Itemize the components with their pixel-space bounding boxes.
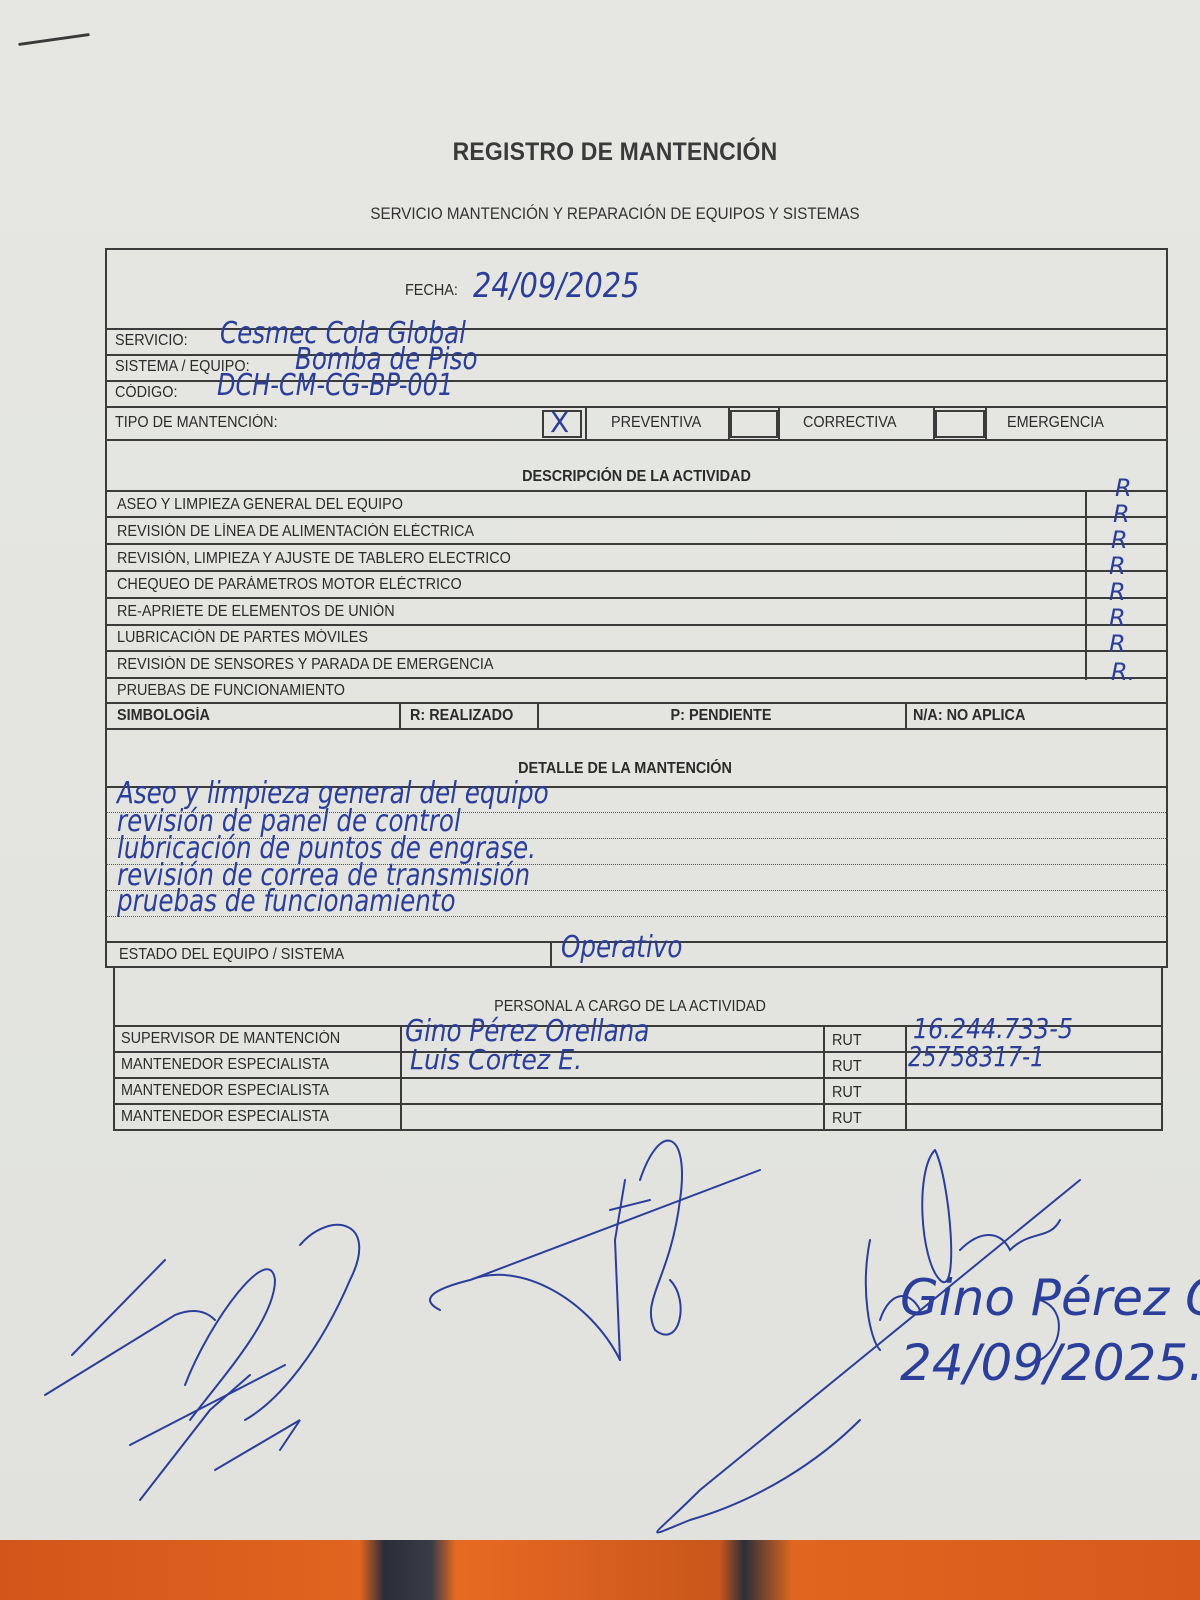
actividad-heading: DESCRIPCIÓN DE LA ACTIVIDAD — [142, 468, 1131, 486]
emergencia-checkbox[interactable] — [935, 410, 985, 438]
document-subtitle: SERVICIO MANTENCIÓN Y REPARACIÓN DE EQUI… — [49, 205, 1181, 224]
status-mark[interactable]: R — [1109, 630, 1126, 658]
actividad-item: REVISIÓN DE LÍNEA DE ALIMENTACIÓN ELÉCTR… — [117, 523, 474, 541]
servicio-label: SERVICIO: — [115, 332, 188, 350]
rut-label: RUT — [832, 1084, 862, 1102]
actividad-item: PRUEBAS DE FUNCIONAMIENTO — [117, 682, 345, 700]
signature-left-icon — [45, 1225, 359, 1500]
actividad-item: ASEO Y LIMPIEZA GENERAL DEL EQUIPO — [117, 496, 403, 514]
signature-name-text: Gino Pérez C. — [900, 1269, 1200, 1327]
fecha-label: FECHA: — [405, 282, 458, 300]
preventiva-checkbox[interactable]: X — [542, 410, 582, 438]
status-mark[interactable]: R — [1115, 474, 1132, 502]
preventiva-label: PREVENTIVA — [611, 414, 701, 432]
status-mark[interactable]: R — [1109, 604, 1126, 632]
actividad-item: CHEQUEO DE PARÁMETROS MOTOR ELÉCTRICO — [117, 576, 462, 594]
status-mark[interactable]: R. — [1111, 658, 1135, 686]
status-mark[interactable]: R — [1109, 552, 1126, 580]
personal-role: MANTENEDOR ESPECIALISTA — [121, 1082, 329, 1100]
correctiva-label: CORRECTIVA — [803, 414, 896, 432]
rut-label: RUT — [832, 1058, 862, 1076]
personal-role: SUPERVISOR DE MANTENCIÓN — [121, 1030, 340, 1048]
emergencia-label: EMERGENCIA — [1007, 414, 1104, 432]
actividad-item: REVISIÓN, LIMPIEZA Y AJUSTE DE TABLERO E… — [117, 550, 511, 568]
simbologia-label: SIMBOLOGÍA — [117, 707, 210, 725]
signatures-area: Gino Pérez C. 24/09/2025. — [0, 1120, 1200, 1540]
orange-vest-background — [0, 1540, 1200, 1600]
codigo-label: CÓDIGO: — [115, 384, 177, 402]
rut-label: RUT — [832, 1032, 862, 1050]
estado-label: ESTADO DEL EQUIPO / SISTEMA — [119, 946, 344, 964]
document-title: REGISTRO DE MANTENCIÓN — [49, 138, 1181, 167]
actividad-item: REVISIÓN DE SENSORES Y PARADA DE EMERGEN… — [117, 656, 494, 674]
status-mark[interactable]: R — [1109, 578, 1126, 606]
status-mark[interactable]: R — [1113, 500, 1130, 528]
actividad-item: RE-APRIETE DE ELEMENTOS DE UNIÓN — [117, 603, 395, 621]
detalle-line[interactable]: pruebas de funcionamiento — [117, 884, 455, 919]
fecha-value[interactable]: 24/09/2025 — [473, 266, 640, 306]
codigo-value[interactable]: DCH-CM-CG-BP-001 — [217, 368, 453, 403]
rut-value[interactable]: 25758317-1 — [908, 1040, 1044, 1073]
personal-role: MANTENEDOR ESPECIALISTA — [121, 1056, 329, 1074]
check-x-mark: X — [550, 406, 569, 439]
tipo-mantencion-label: TIPO DE MANTENCIÓN: — [115, 414, 278, 432]
maintenance-form: FECHA: 24/09/2025 SERVICIO: Cesmec Cola … — [105, 248, 1168, 1153]
correctiva-checkbox[interactable] — [730, 410, 778, 438]
signature-date-text: 24/09/2025. — [900, 1334, 1200, 1392]
personal-name[interactable]: Luis Cortez E. — [410, 1043, 582, 1076]
signature-center-icon — [430, 1141, 760, 1360]
actividad-item: LUBRICACIÓN DE PARTES MÓVILES — [117, 629, 368, 647]
estado-value[interactable]: Operativo — [561, 930, 682, 965]
pen-stroke-mark — [18, 33, 90, 46]
realizado-legend: R: REALIZADO — [410, 707, 513, 725]
pendiente-legend: P: PENDIENTE — [550, 707, 892, 725]
no-aplica-legend: N/A: NO APLICA — [913, 707, 1025, 725]
status-mark[interactable]: R — [1111, 526, 1128, 554]
